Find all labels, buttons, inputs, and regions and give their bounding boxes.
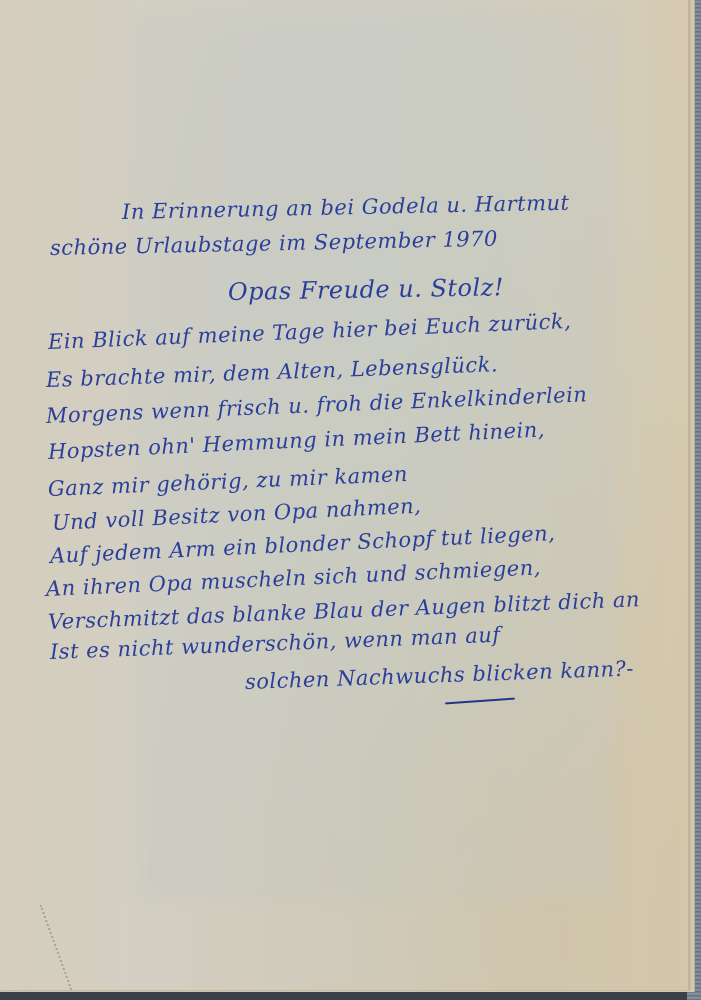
- document-photo: In Erinnerung an bei Godela u. Hartmut s…: [0, 0, 701, 1000]
- poem-title: Opas Freude u. Stolz!: [228, 275, 504, 304]
- paper-page: In Erinnerung an bei Godela u. Hartmut s…: [0, 0, 689, 990]
- paper-discoloration: [135, 20, 615, 900]
- paper-stain: [40, 905, 123, 990]
